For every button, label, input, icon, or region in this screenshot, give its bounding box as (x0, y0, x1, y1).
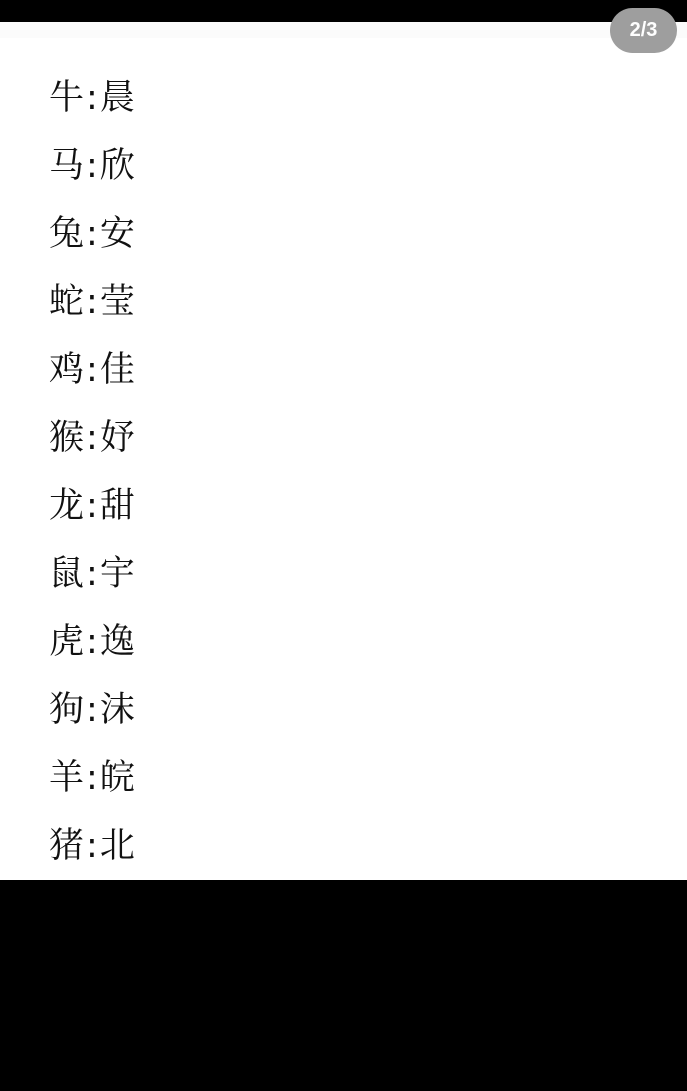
list-item: 鼠:宇 (49, 553, 135, 621)
name-char: 安 (100, 213, 135, 255)
top-bar (0, 0, 687, 22)
zodiac-label: 鼠 (49, 553, 84, 595)
name-char: 沫 (100, 689, 135, 731)
name-char: 佳 (100, 349, 135, 391)
separator: : (84, 349, 100, 391)
zodiac-label: 虎 (49, 621, 84, 663)
separator: : (84, 145, 100, 187)
name-char: 逸 (100, 621, 135, 663)
list-item: 蛇:莹 (49, 281, 135, 349)
list-item: 龙:甜 (49, 485, 135, 553)
zodiac-label: 龙 (49, 485, 84, 527)
list-item: 虎:逸 (49, 621, 135, 689)
image-viewer[interactable]: 牛:晨 马:欣 兔:安 蛇:莹 鸡:佳 猴:妤 龙:甜 鼠:宇 虎:逸 狗:沫 … (0, 22, 687, 880)
viewer-background (0, 880, 687, 1091)
list-item: 兔:安 (49, 213, 135, 281)
zodiac-label: 牛 (49, 77, 84, 119)
separator: : (84, 213, 100, 255)
zodiac-label: 猪 (49, 825, 84, 867)
list-item: 羊:皖 (49, 757, 135, 825)
separator: : (84, 417, 100, 459)
separator: : (84, 689, 100, 731)
name-char: 欣 (100, 145, 135, 187)
list-item: 牛:晨 (49, 77, 135, 145)
separator: : (84, 757, 100, 799)
zodiac-label: 狗 (49, 689, 84, 731)
separator: : (84, 553, 100, 595)
zodiac-label: 马 (49, 145, 84, 187)
top-fade-strip (0, 22, 687, 38)
zodiac-label: 兔 (49, 213, 84, 255)
separator: : (84, 485, 100, 527)
zodiac-label: 猴 (49, 417, 84, 459)
zodiac-name-list: 牛:晨 马:欣 兔:安 蛇:莹 鸡:佳 猴:妤 龙:甜 鼠:宇 虎:逸 狗:沫 … (49, 77, 135, 893)
name-char: 甜 (100, 485, 135, 527)
separator: : (84, 77, 100, 119)
list-item: 马:欣 (49, 145, 135, 213)
separator: : (84, 621, 100, 663)
list-item: 鸡:佳 (49, 349, 135, 417)
name-char: 妤 (100, 417, 135, 459)
name-char: 北 (100, 825, 135, 867)
separator: : (84, 825, 100, 867)
name-char: 莹 (100, 281, 135, 323)
name-char: 晨 (100, 77, 135, 119)
name-char: 宇 (100, 553, 135, 595)
page-indicator: 2/3 (610, 8, 677, 53)
separator: : (84, 281, 100, 323)
list-item: 狗:沫 (49, 689, 135, 757)
zodiac-label: 蛇 (49, 281, 84, 323)
name-char: 皖 (100, 757, 135, 799)
list-item: 猴:妤 (49, 417, 135, 485)
zodiac-label: 羊 (49, 757, 84, 799)
zodiac-label: 鸡 (49, 349, 84, 391)
